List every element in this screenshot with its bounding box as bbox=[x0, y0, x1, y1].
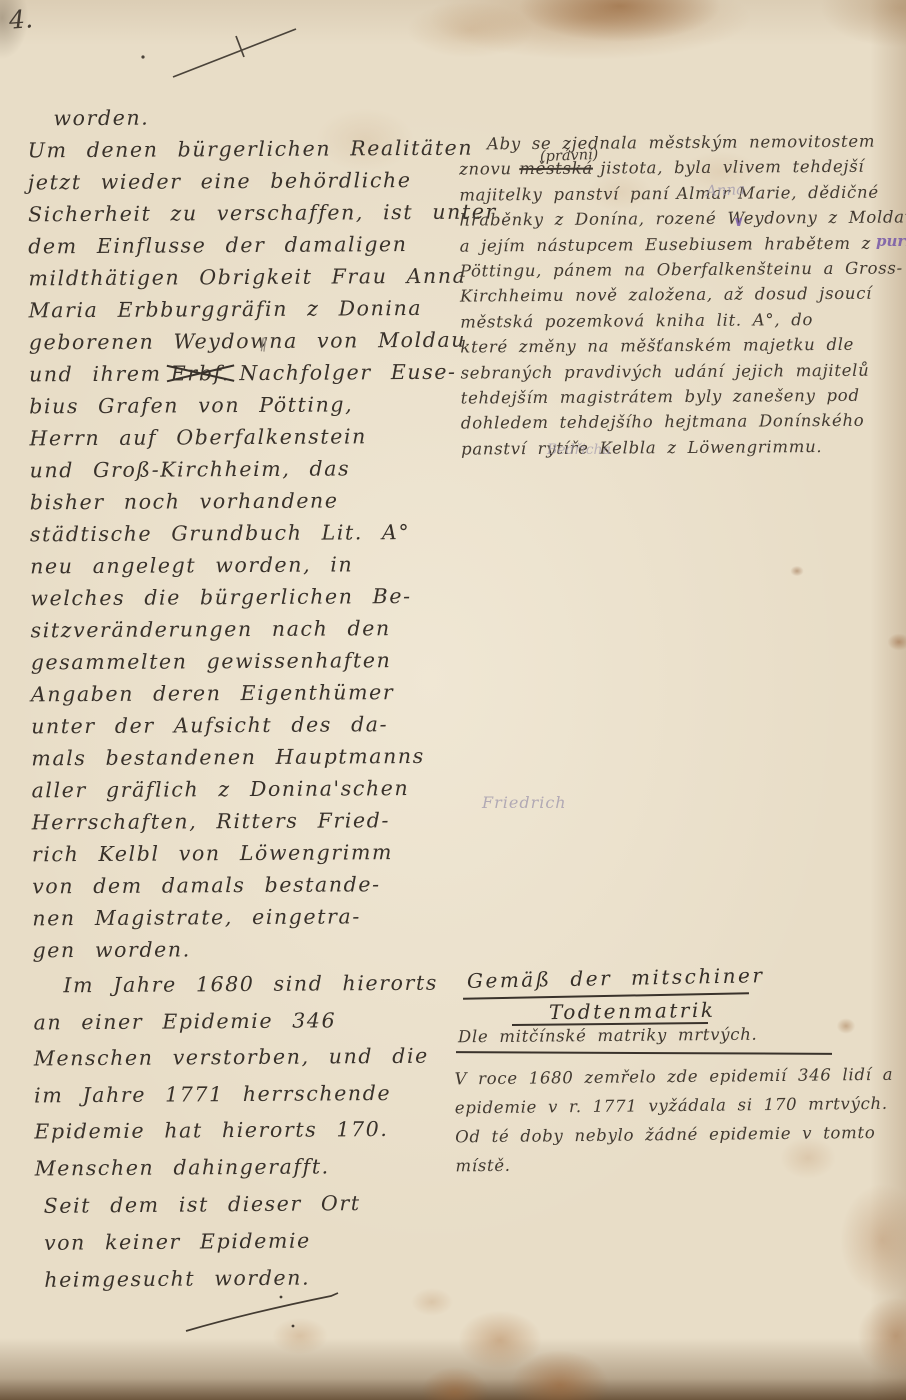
ink-dot bbox=[292, 1325, 295, 1328]
pencil-note-friedrich: Friedrich bbox=[482, 793, 567, 812]
manuscript-line: Menschen verstorben, und die bbox=[34, 1038, 454, 1077]
manuscript-line: und Groß-Kirchheim, das bbox=[30, 452, 478, 487]
manuscript-line: sitzveränderungen nach den bbox=[30, 612, 478, 647]
manuscript-line: Seit dem ist dieser Ort bbox=[44, 1184, 464, 1225]
violet-margin-note: purk bbox=[876, 232, 906, 250]
manuscript-line: neu angelegt worden, in bbox=[30, 548, 478, 583]
manuscript-line: mals bestandenen Hauptmanns bbox=[31, 740, 479, 775]
slash-tick-mark bbox=[236, 36, 244, 57]
manuscript-line: sebraných pravdivých udání jejich majite… bbox=[460, 357, 906, 386]
manuscript-line: geborenen Weydowna von Moldau bbox=[29, 324, 477, 359]
ink-dot bbox=[141, 55, 144, 58]
manuscript-line: aller gräflich z Donina'schen bbox=[31, 772, 479, 807]
manuscript-line: Um denen bürgerlichen Realitäten bbox=[28, 132, 476, 167]
page-number: 4. bbox=[8, 4, 34, 35]
czech-line: Aby se zjednala městským nemovitostem bbox=[459, 128, 906, 157]
manuscript-line: Sicherheit zu verschaffen, ist unter bbox=[28, 196, 476, 231]
czech-column: Aby se zjednala městským nemovitostem zn… bbox=[459, 128, 906, 461]
manuscript-line: Menschen dahingerafft. bbox=[35, 1147, 455, 1186]
section-heading-czech: Dle mitčínské matriky mrtvých. bbox=[458, 1025, 758, 1047]
manuscript-line: Kirchheimu nově založena, až dosud jsouc… bbox=[460, 281, 906, 310]
pencil-note-anna: Anna bbox=[706, 180, 746, 200]
manuscript-line: Maria Erbburggräfin z Donina bbox=[29, 292, 477, 327]
heading-underline-long bbox=[456, 1051, 832, 1054]
manuscript-line: jetzt wieder eine behördliche bbox=[28, 164, 476, 199]
czech-paragraph-epidemic: V roce 1680 zemřelo zde epidemií 346 lid… bbox=[454, 1060, 906, 1181]
violet-caret-mark: ∨ bbox=[733, 214, 744, 230]
manuscript-line: epidemie v r. 1771 vyžádala si 170 mrtvý… bbox=[455, 1089, 906, 1123]
manuscript-line: welches die bürgerlichen Be- bbox=[30, 580, 478, 615]
manuscript-line: místě. bbox=[455, 1147, 906, 1181]
line-text: majitelky panství paní bbox=[459, 184, 669, 204]
interlinear-insertion-pravni: (právní) bbox=[540, 147, 599, 165]
struck-word: Erbf. bbox=[171, 357, 230, 389]
bottom-flourish-stroke bbox=[186, 1293, 338, 1331]
line-text: jistota, byla vlivem tehdejší bbox=[600, 157, 864, 178]
german-paragraph-since: Seit dem ist dieser Ortvon keiner Epidem… bbox=[44, 1184, 465, 1299]
manuscript-page: 4. worden. Um denen bürgerlichen Realitä… bbox=[0, 0, 906, 1400]
manuscript-line: im Jahre 1771 herrschende bbox=[34, 1074, 454, 1113]
catchword-line: worden. bbox=[27, 100, 475, 135]
manuscript-line: hraběnky z Donína, rozené Weydovny z Mol… bbox=[459, 205, 906, 234]
manuscript-line: Im Jahre 1680 sind hierorts bbox=[33, 965, 453, 1004]
line-text: und ihrem bbox=[29, 362, 162, 387]
manuscript-line: an einer Epidemie 346 bbox=[33, 1001, 453, 1040]
german-column: worden. Um denen bürgerlichen Realitäten… bbox=[27, 100, 480, 967]
manuscript-line: dohledem tehdejšího hejtmana Donínského bbox=[461, 408, 906, 437]
czech-line-with-pencil-correction: majitelky panství paníAlmarMarie, dědičn… bbox=[459, 179, 906, 208]
manuscript-line: heimgesucht worden. bbox=[44, 1258, 464, 1299]
manuscript-line: a jejím nástupcem Eusebiusem hrabětem z bbox=[460, 230, 906, 259]
manuscript-line: Angaben deren Eigenthümer bbox=[31, 676, 479, 711]
manuscript-line: rich Kelbl von Löwengrimm bbox=[32, 836, 480, 871]
manuscript-line: Herrschaften, Ritters Fried- bbox=[32, 804, 480, 839]
manuscript-line: bius Grafen von Pötting, bbox=[29, 388, 477, 423]
manuscript-line: dem Einflusse der damaligen bbox=[28, 228, 476, 263]
manuscript-line: von keiner Epidemie bbox=[44, 1221, 464, 1262]
manuscript-line: gesammelten gewissenhaften bbox=[31, 644, 479, 679]
manuscript-line: bisher noch vorhandene bbox=[30, 484, 478, 519]
section-heading-german-line1: Gemäß der mitschiner bbox=[467, 963, 765, 993]
manuscript-line: které změny na měšťanském majetku dle bbox=[460, 332, 906, 361]
manuscript-line: Epidemie hat hierorts 170. bbox=[34, 1111, 454, 1150]
line-text: znovu bbox=[459, 160, 512, 179]
manuscript-line: mildthätigen Obrigkeit Frau Anna bbox=[28, 260, 476, 295]
manuscript-line: städtische Grundbuch Lit. A° bbox=[30, 516, 478, 551]
czech-line-with-strikeout: znovuměstskájistota, byla vlivem tehdejš… bbox=[459, 154, 906, 183]
manuscript-line: Od té doby nebylo žádné epidemie v tomto bbox=[455, 1118, 906, 1152]
manuscript-line: Herrn auf Oberfalkenstein bbox=[29, 420, 477, 455]
manuscript-line: gen worden. bbox=[32, 932, 480, 967]
german-line-with-strikeout: und ihremErbf.Nachfolger Euse- bbox=[29, 356, 477, 391]
manuscript-line: nen Magistrate, eingetra- bbox=[32, 900, 480, 935]
diagonal-slash-mark bbox=[173, 29, 296, 77]
section-heading-german-line2: Todtenmatrik bbox=[549, 998, 716, 1024]
manuscript-line: Pöttingu, pánem na Oberfalkenšteinu a Gr… bbox=[460, 255, 906, 284]
manuscript-line: městská pozemková kniha lit. A°, do bbox=[460, 306, 906, 335]
pencil-note-bedricha: Bedřicha bbox=[547, 442, 611, 458]
line-text: Nachfolger Euse- bbox=[239, 360, 456, 385]
german-paragraph-epidemic: Im Jahre 1680 sind hierortsan einer Epid… bbox=[33, 965, 455, 1187]
manuscript-line: unter der Aufsicht des da- bbox=[31, 708, 479, 743]
line-text: Marie, dědičné bbox=[738, 182, 879, 202]
manuscript-line: von dem damals bestande- bbox=[32, 868, 480, 903]
manuscript-line: tehdejším magistrátem byly zanešeny pod bbox=[461, 382, 906, 411]
manuscript-line: V roce 1680 zemřelo zde epidemií 346 lid… bbox=[454, 1060, 906, 1094]
manuscript-line: panství rytíře Kelbla z Löwengrimmu. bbox=[461, 433, 906, 462]
